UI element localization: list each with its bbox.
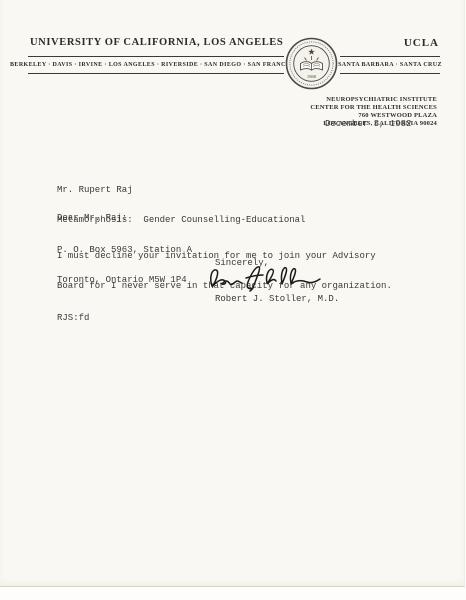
campus-band-left: BERKELEY · DAVIS · IRVINE · LOS ANGELES … — [28, 56, 284, 74]
campus-band-right: SANTA BARBARA · SANTA CRUZ — [340, 56, 440, 74]
scanned-letter: UNIVERSITY OF CALIFORNIA, LOS ANGELES UC… — [0, 0, 466, 600]
typed-name: Robert J. Stoller, M.D. — [215, 294, 339, 304]
recipient-line: Mr. Rupert Raj — [57, 185, 305, 195]
ucla-wordmark: UCLA — [404, 37, 439, 49]
salutation: Dear Mr. Raj: — [57, 213, 127, 223]
seal-year: 1868 — [307, 74, 317, 79]
date: December 3, 1982 — [325, 119, 411, 129]
signature — [203, 262, 323, 296]
address-line: CENTER FOR THE HEALTH SCIENCES — [310, 104, 437, 112]
address-line: NEUROPSYCHIATRIC INSTITUTE — [310, 96, 437, 104]
uc-seal-icon: 1868 — [285, 37, 338, 90]
reference-initials: RJS:fd — [57, 313, 89, 323]
university-title: UNIVERSITY OF CALIFORNIA, LOS ANGELES — [30, 37, 283, 48]
